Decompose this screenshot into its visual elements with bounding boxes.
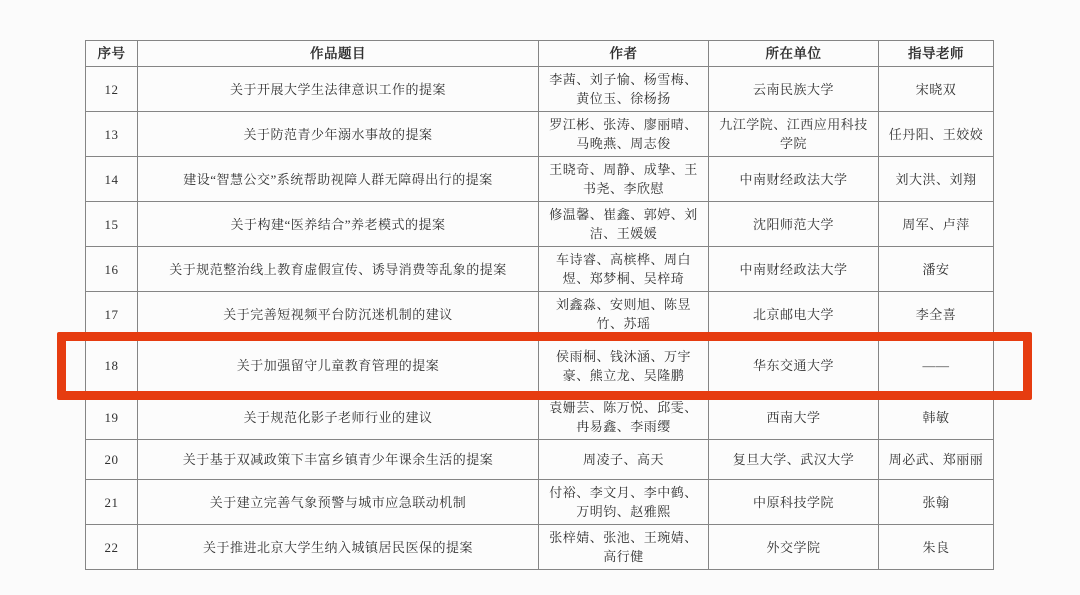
cell-advisor: 张翰 xyxy=(879,480,994,525)
cell-unit: 华东交通大学 xyxy=(709,337,879,395)
header-cell-advisor: 指导老师 xyxy=(879,41,994,67)
cell-title: 关于建立完善气象预警与城市应急联动机制 xyxy=(138,480,539,525)
cell-authors: 刘鑫淼、安则旭、陈昱竹、苏瑶 xyxy=(539,292,709,337)
header-cell-no: 序号 xyxy=(86,41,138,67)
table-row: 22 关于推进北京大学生纳入城镇居民医保的提案 张梓婧、张池、王琬婧、高行健 外… xyxy=(86,525,994,570)
table-row: 16 关于规范整治线上教育虚假宣传、诱导消费等乱象的提案 车诗睿、高槟桦、周白煜… xyxy=(86,247,994,292)
cell-no: 14 xyxy=(86,157,138,202)
cell-title: 关于加强留守儿童教育管理的提案 xyxy=(138,337,539,395)
cell-unit: 中原科技学院 xyxy=(709,480,879,525)
cell-authors: 修温馨、崔鑫、郭婷、刘洁、王媛媛 xyxy=(539,202,709,247)
table-row: 12 关于开展大学生法律意识工作的提案 李茜、刘子愉、杨雪梅、黄位玉、徐杨扬 云… xyxy=(86,67,994,112)
cell-no: 20 xyxy=(86,440,138,480)
cell-title: 关于规范整治线上教育虚假宣传、诱导消费等乱象的提案 xyxy=(138,247,539,292)
page-background: 序号 作品题目 作者 所在单位 指导老师 12 关于开展大学生法律意识工作的提案… xyxy=(0,0,1080,595)
header-cell-unit: 所在单位 xyxy=(709,41,879,67)
cell-title: 关于基于双减政策下丰富乡镇青少年课余生活的提案 xyxy=(138,440,539,480)
table-row-highlighted: 18 关于加强留守儿童教育管理的提案 侯雨桐、钱沐涵、万宇豪、熊立龙、吴隆鹏 华… xyxy=(86,337,994,395)
cell-no: 18 xyxy=(86,337,138,395)
table-row: 20 关于基于双减政策下丰富乡镇青少年课余生活的提案 周凌子、高天 复旦大学、武… xyxy=(86,440,994,480)
results-table-container: 序号 作品题目 作者 所在单位 指导老师 12 关于开展大学生法律意识工作的提案… xyxy=(85,40,994,570)
cell-unit: 北京邮电大学 xyxy=(709,292,879,337)
results-table: 序号 作品题目 作者 所在单位 指导老师 12 关于开展大学生法律意识工作的提案… xyxy=(85,40,994,570)
cell-advisor: 朱良 xyxy=(879,525,994,570)
cell-no: 21 xyxy=(86,480,138,525)
cell-unit: 云南民族大学 xyxy=(709,67,879,112)
cell-unit: 中南财经政法大学 xyxy=(709,157,879,202)
cell-authors: 袁姗芸、陈万悦、邱雯、冉易鑫、李雨缨 xyxy=(539,395,709,440)
cell-advisor: 潘安 xyxy=(879,247,994,292)
cell-authors: 侯雨桐、钱沐涵、万宇豪、熊立龙、吴隆鹏 xyxy=(539,337,709,395)
cell-unit: 沈阳师范大学 xyxy=(709,202,879,247)
cell-advisor: 周军、卢萍 xyxy=(879,202,994,247)
table-row: 13 关于防范青少年溺水事故的提案 罗江彬、张涛、廖丽晴、马晚燕、周志俊 九江学… xyxy=(86,112,994,157)
cell-title: 关于规范化影子老师行业的建议 xyxy=(138,395,539,440)
table-row: 17 关于完善短视频平台防沉迷机制的建议 刘鑫淼、安则旭、陈昱竹、苏瑶 北京邮电… xyxy=(86,292,994,337)
cell-title: 关于防范青少年溺水事故的提案 xyxy=(138,112,539,157)
table-row: 15 关于构建“医养结合”养老模式的提案 修温馨、崔鑫、郭婷、刘洁、王媛媛 沈阳… xyxy=(86,202,994,247)
cell-title: 建设“智慧公交”系统帮助视障人群无障碍出行的提案 xyxy=(138,157,539,202)
header-cell-title: 作品题目 xyxy=(138,41,539,67)
cell-no: 19 xyxy=(86,395,138,440)
cell-authors: 罗江彬、张涛、廖丽晴、马晚燕、周志俊 xyxy=(539,112,709,157)
cell-authors: 李茜、刘子愉、杨雪梅、黄位玉、徐杨扬 xyxy=(539,67,709,112)
table-row: 21 关于建立完善气象预警与城市应急联动机制 付裕、李文月、李中鹤、万明钧、赵雅… xyxy=(86,480,994,525)
cell-unit: 中南财经政法大学 xyxy=(709,247,879,292)
table-row: 19 关于规范化影子老师行业的建议 袁姗芸、陈万悦、邱雯、冉易鑫、李雨缨 西南大… xyxy=(86,395,994,440)
cell-no: 16 xyxy=(86,247,138,292)
cell-no: 17 xyxy=(86,292,138,337)
cell-title: 关于开展大学生法律意识工作的提案 xyxy=(138,67,539,112)
cell-advisor: 刘大洪、刘翔 xyxy=(879,157,994,202)
table-row: 14 建设“智慧公交”系统帮助视障人群无障碍出行的提案 王晓奇、周静、成挚、王书… xyxy=(86,157,994,202)
cell-advisor: 任丹阳、王姣姣 xyxy=(879,112,994,157)
cell-title: 关于推进北京大学生纳入城镇居民医保的提案 xyxy=(138,525,539,570)
cell-advisor: 宋晓双 xyxy=(879,67,994,112)
cell-unit: 外交学院 xyxy=(709,525,879,570)
cell-title: 关于完善短视频平台防沉迷机制的建议 xyxy=(138,292,539,337)
cell-authors: 张梓婧、张池、王琬婧、高行健 xyxy=(539,525,709,570)
cell-authors: 车诗睿、高槟桦、周白煜、郑梦桐、吴梓琦 xyxy=(539,247,709,292)
cell-unit: 九江学院、江西应用科技学院 xyxy=(709,112,879,157)
cell-no: 15 xyxy=(86,202,138,247)
cell-advisor: —— xyxy=(879,337,994,395)
cell-advisor: 周必武、郑丽丽 xyxy=(879,440,994,480)
cell-no: 13 xyxy=(86,112,138,157)
header-cell-authors: 作者 xyxy=(539,41,709,67)
table-header-row: 序号 作品题目 作者 所在单位 指导老师 xyxy=(86,41,994,67)
cell-authors: 王晓奇、周静、成挚、王书尧、李欣慰 xyxy=(539,157,709,202)
cell-no: 12 xyxy=(86,67,138,112)
cell-title: 关于构建“医养结合”养老模式的提案 xyxy=(138,202,539,247)
cell-advisor: 李全喜 xyxy=(879,292,994,337)
cell-no: 22 xyxy=(86,525,138,570)
cell-unit: 复旦大学、武汉大学 xyxy=(709,440,879,480)
cell-authors: 周凌子、高天 xyxy=(539,440,709,480)
cell-unit: 西南大学 xyxy=(709,395,879,440)
cell-authors: 付裕、李文月、李中鹤、万明钧、赵雅熙 xyxy=(539,480,709,525)
cell-advisor: 韩敏 xyxy=(879,395,994,440)
